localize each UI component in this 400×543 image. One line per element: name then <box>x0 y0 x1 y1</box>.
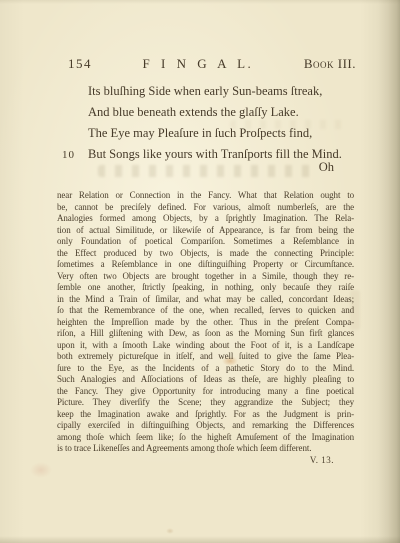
footnote-line: ſometimes a Reſemblance in one diſtingui… <box>57 259 354 271</box>
footnote-line: Very often two Objects are brought toget… <box>57 271 354 283</box>
book-page: 154 F I N G A L. Book III. Its bluſhing … <box>0 0 400 543</box>
footnote-line: tion of actual Similitude, or likewiſe o… <box>57 225 354 237</box>
footnote-line: the Effect produced by two Objects, is m… <box>57 248 354 260</box>
poem-line-text: But Songs like yours with Tranſports fil… <box>88 147 342 161</box>
footnote-line: Picture. They diverſify the Scene; they … <box>57 397 354 409</box>
footnote-line: Such Analogies and Aſſociations of Ideas… <box>57 374 354 386</box>
book-label: Book III. <box>304 56 356 72</box>
footnote-line: cipally exerciſed in diſtinguiſhing Obje… <box>57 420 354 432</box>
show-through-ghost <box>98 165 313 177</box>
foxing-stain <box>30 462 52 478</box>
footnote-line: heighten the Impreſſion made by the othe… <box>57 317 354 329</box>
footnote-line: in the Mind a Train of ſimilar, and what… <box>57 294 354 306</box>
footnote-line: Analogies formed among Objects, by a ſpr… <box>57 213 354 225</box>
footnote-line: only Foundation of poetical Compariſon. … <box>57 236 354 248</box>
poem-line: And blue beneath extends the glaſſy Lake… <box>88 102 364 123</box>
poem-line-number: 10 <box>62 145 75 166</box>
scan-edge-top <box>0 0 400 4</box>
scan-edge-right <box>378 0 400 543</box>
poem-line: The Eye may Pleaſure in ſuch Proſpects f… <box>88 123 364 144</box>
poem-line-text: And blue beneath extends the glaſſy Lake… <box>88 105 299 119</box>
footnote-line: ſure to the Eye, as the Incidents of a p… <box>57 363 354 375</box>
page-number: 154 <box>68 56 92 72</box>
footnote-line: is to trace Likeneſſes and Agreements am… <box>57 443 354 455</box>
footnote-line: near Relation or Connection in the Fancy… <box>57 190 354 202</box>
footnote-line: the Fancy. They give Opportunity for int… <box>57 386 354 398</box>
page-title: F I N G A L. <box>143 56 254 72</box>
poem-line: Its bluſhing Side when early Sun-beams ſ… <box>88 81 364 102</box>
footnote-line: riſon, a Hill gliſtening with Dew, as ſo… <box>57 328 354 340</box>
page-header: 154 F I N G A L. Book III. <box>68 56 356 72</box>
footnote-line: ſo that the Remembrance of the one, when… <box>57 305 354 317</box>
poem: Its bluſhing Side when early Sun-beams ſ… <box>88 81 364 165</box>
footnote-line: both extremely pictureſque in itſelf, an… <box>57 351 354 363</box>
poem-line-text: Its bluſhing Side when early Sun-beams ſ… <box>88 84 322 98</box>
footnote-line: ſemble one another, ſtrictly ſpeaking, i… <box>57 282 354 294</box>
footnote-line: be, cannot be preciſely defined. For var… <box>57 202 354 214</box>
poem-line-text: The Eye may Pleaſure in ſuch Proſpects f… <box>88 126 312 140</box>
footnote: near Relation or Connection in the Fancy… <box>57 190 354 466</box>
scan-edge-bottom <box>0 536 400 543</box>
footnote-line: upon it, with a ſmooth Lake winding abou… <box>57 340 354 352</box>
footnote-line: keep the Imagination awake and ſprightly… <box>57 409 354 421</box>
foxing-stain <box>166 528 174 534</box>
verse-reference: V. 13. <box>57 455 354 467</box>
footnote-line: among thoſe which ſeem like; ſo the high… <box>57 432 354 444</box>
catchword: Oh <box>319 160 334 175</box>
